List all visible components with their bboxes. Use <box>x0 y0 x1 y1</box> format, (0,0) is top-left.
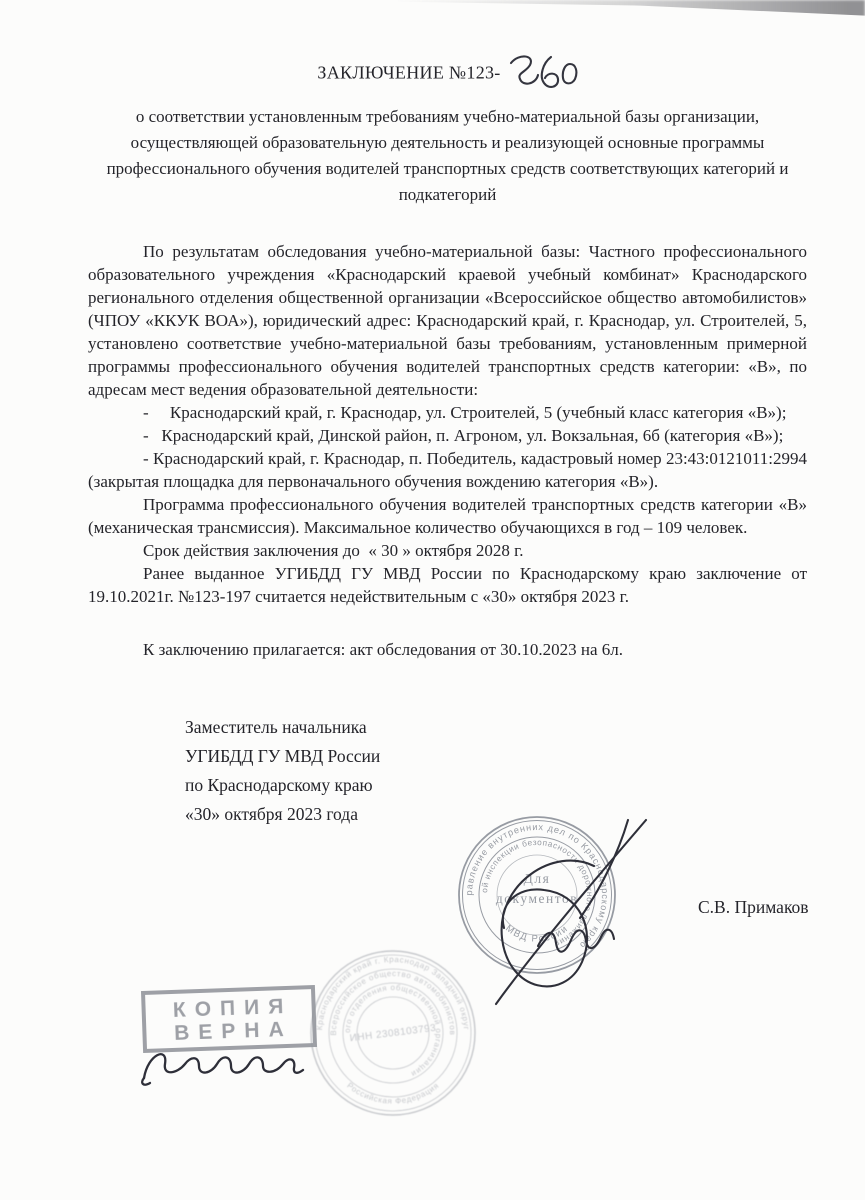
handwritten-number-strokes <box>506 52 578 90</box>
org-stamp-inn-number: ИНН 2308103793 <box>349 1023 437 1045</box>
document-subtitle: о соответствии установленным требованиям… <box>98 104 798 208</box>
organization-round-stamp: Краснодарский край г. Краснодар Западный… <box>307 947 479 1119</box>
address-list-item-3: - Краснодарский край, г. Краснодар, п. П… <box>88 447 807 493</box>
document-body: По результатам обследования учебно-матер… <box>88 240 807 661</box>
document-title: ЗАКЛЮЧЕНИЕ №123- <box>317 62 500 82</box>
paragraph-attachment: К заключению прилагается: акт обследован… <box>88 638 807 661</box>
signer-name: С.В. Примаков <box>698 897 809 918</box>
paragraph-previous: Ранее выданное УГИБДД ГУ МВД России по К… <box>88 562 807 608</box>
paragraph-validity: Срок действия заключения до « 30 » октяб… <box>88 539 807 562</box>
signature-line-position-2: УГИБДД ГУ МВД России <box>185 742 807 771</box>
paragraph-program: Программа профессионального обучения вод… <box>88 493 807 539</box>
svg-text:Российская Федерация: Российская Федерация <box>345 1081 440 1106</box>
address-list-item-2: - Краснодарский край, Динской район, п. … <box>88 424 807 447</box>
paragraph-intro: По результатам обследования учебно-матер… <box>88 240 807 401</box>
org-stamp-bottom-text: Российская Федерация <box>345 1081 440 1106</box>
address-list-item-1: - Краснодарский край, г. Краснодар, ул. … <box>88 401 807 424</box>
signature-line-position-3: по Краснодарскому краю <box>185 771 807 800</box>
scanned-document-page: ЗАКЛЮЧЕНИЕ №123-360 о соответствии устан… <box>0 0 865 1200</box>
official-signature <box>468 806 658 1016</box>
handwritten-number-value: 360 <box>501 52 502 53</box>
signature-line-position-1: Заместитель начальника <box>185 713 807 742</box>
copy-certification-signature <box>136 1040 311 1092</box>
document-title-row: ЗАКЛЮЧЕНИЕ №123-360 <box>88 52 807 90</box>
document-content: ЗАКЛЮЧЕНИЕ №123-360 о соответствии устан… <box>0 0 865 829</box>
